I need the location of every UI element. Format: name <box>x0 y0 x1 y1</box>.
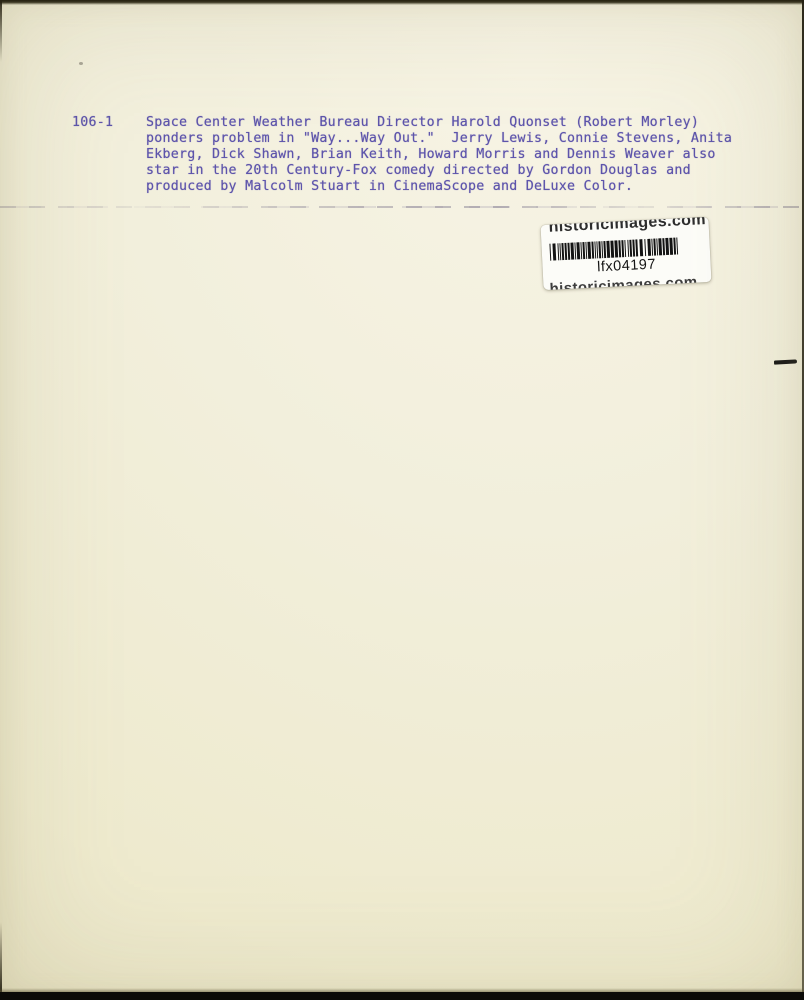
caption-line: star in the 20th Century-Fox comedy dire… <box>146 163 732 179</box>
dust-speck <box>79 62 83 65</box>
barcode-bar <box>552 243 556 260</box>
barcode-bar <box>644 239 646 256</box>
barcode-bar <box>676 237 678 254</box>
fold-crease-line <box>0 206 804 208</box>
caption-line: produced by Malcolm Stuart in CinemaScop… <box>146 179 732 195</box>
caption-number: 106-1 <box>72 115 113 130</box>
scan-edge-top <box>0 0 804 5</box>
scan-edge-left-bottom <box>0 922 2 992</box>
barcode-sticker: historicimages.com lfx04197 historicimag… <box>541 217 712 290</box>
caption-line: Space Center Weather Bureau Director Har… <box>146 115 732 131</box>
barcode-bar <box>639 239 643 256</box>
scan-edge-left-top <box>0 0 2 62</box>
barcode-bar <box>549 244 551 261</box>
caption-line: ponders problem in "Way...Way Out." Jerr… <box>146 131 732 147</box>
photo-back-scan: 106-1 Space Center Weather Bureau Direct… <box>0 0 804 1000</box>
typewritten-caption: Space Center Weather Bureau Director Har… <box>146 115 732 195</box>
scan-edge-bottom <box>0 992 804 1000</box>
barcode-bar <box>624 240 626 257</box>
caption-line: Ekberg, Dick Shawn, Brian Keith, Howard … <box>146 147 732 163</box>
barcode-bar <box>635 239 638 256</box>
